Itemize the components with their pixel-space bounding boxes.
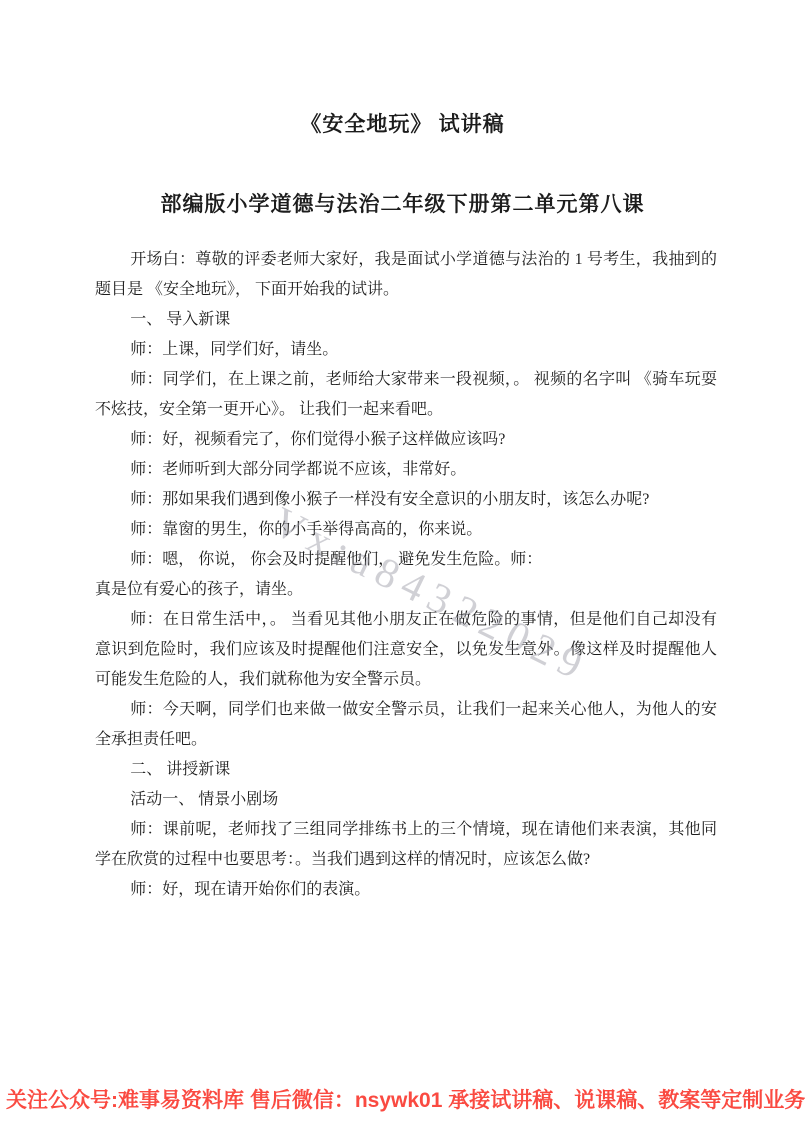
paragraph-section-1-heading: 一、 导入新课 bbox=[95, 305, 717, 335]
document-page: 《安全地玩》 试讲稿 部编版小学道德与法治二年级下册第二单元第八课 开场白：尊敬… bbox=[0, 0, 805, 1122]
paragraph-continuation: 真是位有爱心的孩子，请坐。 bbox=[95, 575, 717, 605]
document-subtitle: 部编版小学道德与法治二年级下册第二单元第八课 bbox=[0, 138, 805, 218]
document-title: 《安全地玩》 试讲稿 bbox=[0, 0, 805, 138]
paragraph: 师：好，现在请开始你们的表演。 bbox=[95, 875, 717, 905]
paragraph: 师：靠窗的男生，你的小手举得高高的，你来说。 bbox=[95, 515, 717, 545]
paragraph-activity-heading: 活动一、 情景小剧场 bbox=[95, 785, 717, 815]
paragraph: 师：在日常生活中，。 当看见其他小朋友正在做危险的事情，但是他们自己却没有意识到… bbox=[95, 605, 717, 695]
paragraph: 师：同学们，在上课之前，老师给大家带来一段视频，。 视频的名字叫 《骑车玩耍不炫… bbox=[95, 365, 717, 425]
paragraph: 师：那如果我们遇到像小猴子一样没有安全意识的小朋友时，该怎么办呢? bbox=[95, 485, 717, 515]
paragraph: 师：老师听到大部分同学都说不应该，非常好。 bbox=[95, 455, 717, 485]
paragraph: 师：嗯， 你说， 你会及时提醒他们， 避免发生危险。师： bbox=[95, 545, 717, 575]
paragraph: 师：好，视频看完了，你们觉得小猴子这样做应该吗? bbox=[95, 425, 717, 455]
paragraph-section-2-heading: 二、 讲授新课 bbox=[95, 755, 717, 785]
footer-promo-banner: 关注公众号:难事易资料库 售后微信：nsywk01 承接试讲稿、说课稿、教案等定… bbox=[6, 1084, 805, 1114]
paragraph: 师：课前呢，老师找了三组同学排练书上的三个情境，现在请他们来表演，其他同学在欣赏… bbox=[95, 815, 717, 875]
document-body: 开场白：尊敬的评委老师大家好，我是面试小学道德与法治的 1 号考生，我抽到的题目… bbox=[0, 245, 805, 905]
paragraph-opening: 开场白：尊敬的评委老师大家好，我是面试小学道德与法治的 1 号考生，我抽到的题目… bbox=[95, 245, 717, 305]
paragraph: 师：今天啊，同学们也来做一做安全警示员，让我们一起来关心他人，为他人的安全承担责… bbox=[95, 695, 717, 755]
paragraph: 师：上课，同学们好，请坐。 bbox=[95, 335, 717, 365]
